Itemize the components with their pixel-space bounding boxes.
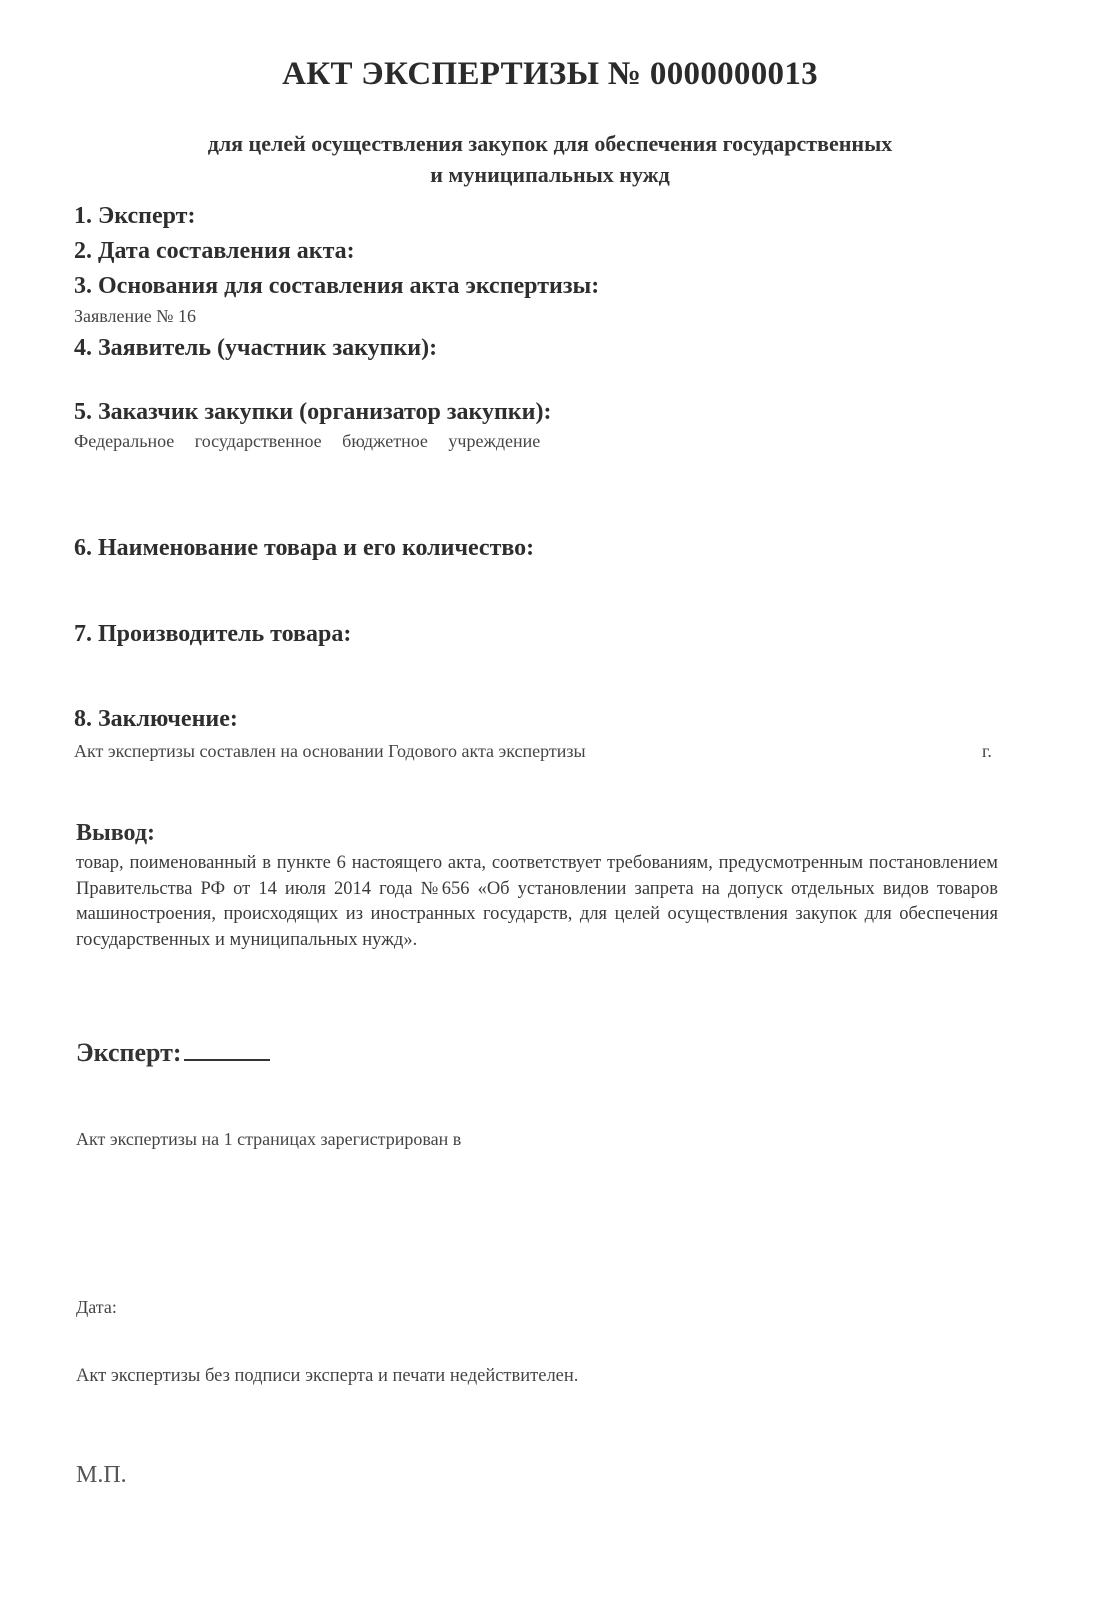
validity-note: Акт экспертизы без подписи эксперта и пе…: [76, 1366, 578, 1387]
section-customer-value: Федеральное государственное бюджетное уч…: [74, 431, 540, 452]
section-conclusion-heading: 8. Заключение:: [74, 706, 238, 733]
registration-text: Акт экспертизы на 1 страницах зарегистри…: [76, 1129, 461, 1150]
expert-signature-label: Эксперт:: [76, 1038, 182, 1067]
signature-line: [184, 1037, 270, 1061]
subtitle-line-2: и муниципальных нужд: [60, 159, 1040, 190]
document-title: АКТ ЭКСПЕРТИЗЫ № 0000000013: [0, 56, 1100, 93]
section-date-heading: 2. Дата составления акта:: [74, 238, 355, 265]
section-basis-value: Заявление № 16: [74, 306, 196, 327]
subtitle-line-1: для целей осуществления закупок для обес…: [60, 128, 1040, 159]
section-conclusion-value: Акт экспертизы составлен на основании Го…: [74, 741, 586, 762]
conclusion-text: товар, поименованный в пункте 6 настояще…: [76, 851, 998, 953]
section-applicant-heading: 4. Заявитель (участник закупки):: [74, 335, 437, 362]
section-expert-heading: 1. Эксперт:: [74, 203, 195, 230]
section-basis-heading: 3. Основания для составления акта экспер…: [74, 273, 599, 300]
date-label: Дата:: [76, 1297, 117, 1318]
section-product-heading: 6. Наименование товара и его количество:: [74, 535, 534, 562]
document-subtitle: для целей осуществления закупок для обес…: [60, 128, 1040, 190]
conclusion-heading: Вывод:: [76, 820, 155, 847]
document-page: АКТ ЭКСПЕРТИЗЫ № 0000000013 для целей ос…: [0, 0, 1100, 1607]
seal-label: М.П.: [76, 1462, 127, 1489]
section-conclusion-year-suffix: г.: [982, 741, 992, 762]
section-manufacturer-heading: 7. Производитель товара:: [74, 621, 351, 648]
section-customer-heading: 5. Заказчик закупки (организатор закупки…: [74, 399, 551, 426]
expert-signature: Эксперт:: [76, 1037, 270, 1068]
